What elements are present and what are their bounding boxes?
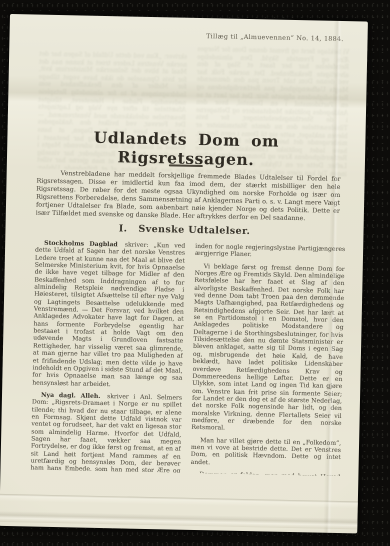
masthead-imprint: Tillæg til „Almuevennen“ No. 14, 1884. (206, 33, 343, 43)
intro-paragraph: Venstrebladene har meddelt forskjellige … (36, 170, 341, 224)
paragraph: Stockholms Dagblad skriver: „Kun ved det… (32, 240, 185, 390)
newspaper-sheet: skriver: „Kun ved dette Udfald af Sagen … (0, 14, 368, 533)
section-numeral: I. (119, 223, 128, 234)
paragraph: inden for nogle regjeringslystne Partigj… (195, 243, 345, 261)
section-heading: I. Svenske Udtalelser. (5, 221, 363, 239)
bottom-fold-crease (0, 494, 358, 529)
photo-background: skriver: „Kun ved dette Udfald af Sagen … (0, 0, 390, 546)
paragraph-text: skriver i Anl. Selmers Dom: „Rigsrets-Dr… (30, 393, 182, 473)
paragraph: Vi beklage først og fremst denne Dom for… (191, 263, 345, 435)
column-right: inden for nogle regjeringslystne Partigj… (190, 243, 345, 476)
column-left: Stockholms Dagblad skriver: „Kun ved det… (30, 240, 185, 473)
paragraph: Dommen er falden, men med hævet Hoved ka… (190, 471, 340, 476)
paragraph: Nya dagl. Alleh. skriver i Anl. Selmers … (30, 391, 182, 472)
paragraph-text: skriver: „Kun ved dette Udfald af Sagen … (32, 241, 185, 387)
section-label: Svenske Udtalelser. (138, 224, 250, 237)
article-body: Stockholms Dagblad skriver: „Kun ved det… (30, 240, 345, 476)
paragraph: Man har villet gjøre dette til en „Folke… (191, 436, 342, 469)
